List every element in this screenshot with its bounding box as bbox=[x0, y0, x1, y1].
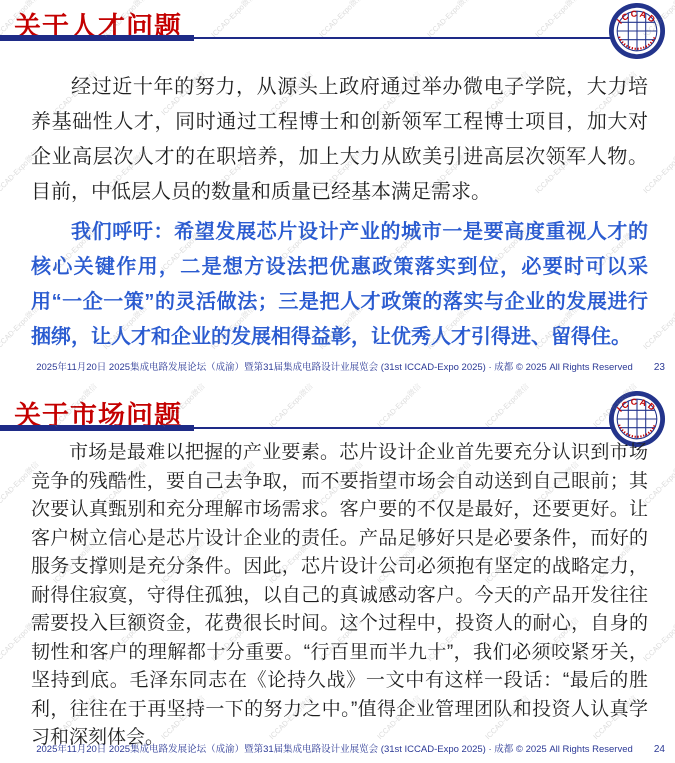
footer-conference-info: 2025年11月20日 2025集成电路发展论坛（成渝）暨第31届集成电路设计业… bbox=[30, 359, 639, 373]
slide-body: 市场是最难以把握的产业要素。芯片设计企业首先要充分认识到市场竞争的残酷性，要自己… bbox=[31, 439, 648, 753]
page-number: 23 bbox=[639, 362, 665, 373]
page-number: 24 bbox=[639, 744, 665, 755]
slide-body: 经过近十年的努力，从源头上政府通过举办微电子学院，大力培养基础性人才，同时通过工… bbox=[31, 70, 648, 355]
slide-talent-issue: 关于人才问题 ICCAD 经过近十年的努力，从源头上政府通过举办微电子学院，大力… bbox=[0, 0, 675, 383]
paragraph-talent-appeal: 我们呼吁：希望发展芯片设计产业的城市一是要高度重视人才的核心关键作用，二是想方设… bbox=[31, 215, 648, 355]
rule-thick-segment bbox=[0, 35, 194, 41]
slide-footer: 2025年11月20日 2025集成电路发展论坛（成渝）暨第31届集成电路设计业… bbox=[30, 741, 665, 755]
slide-market-issue: 关于市场问题 ICCAD 市场是最难以把握的产业要素。芯片设计企业首先要充分认识… bbox=[0, 383, 675, 763]
slide-footer: 2025年11月20日 2025集成电路发展论坛（成渝）暨第31届集成电路设计业… bbox=[30, 359, 665, 373]
footer-conference-info: 2025年11月20日 2025集成电路发展论坛（成渝）暨第31届集成电路设计业… bbox=[30, 741, 639, 755]
rule-thin-segment bbox=[194, 37, 618, 39]
paragraph-talent-status: 经过近十年的努力，从源头上政府通过举办微电子学院，大力培养基础性人才，同时通过工… bbox=[31, 70, 648, 210]
title-underline-rule bbox=[0, 424, 618, 431]
title-underline-rule bbox=[0, 34, 618, 41]
paragraph-market-discussion: 市场是最难以把握的产业要素。芯片设计企业首先要充分认识到市场竞争的残酷性，要自己… bbox=[31, 439, 648, 753]
rule-thin-segment bbox=[194, 427, 618, 429]
rule-thick-segment bbox=[0, 425, 194, 431]
iccad-logo-icon: ICCAD bbox=[608, 2, 666, 60]
